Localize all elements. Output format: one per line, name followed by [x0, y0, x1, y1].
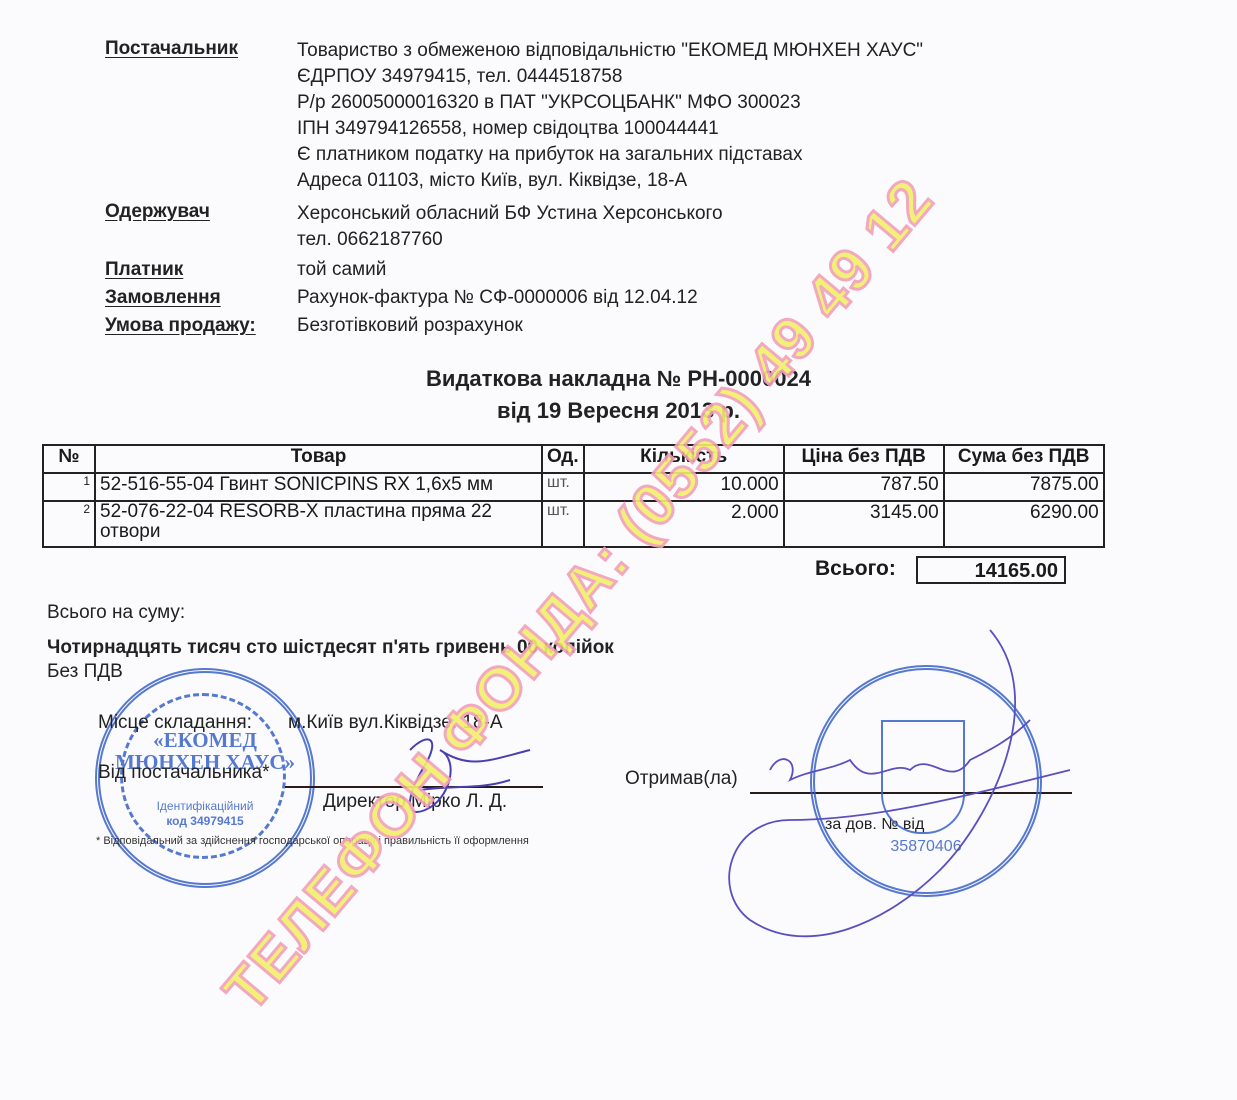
supplier-line: ІПН 349794126558, номер свідоцтва 100044…	[297, 116, 923, 142]
from-supplier-label: Від постачальника*	[98, 760, 270, 786]
sale-terms-value: Безготівковий розрахунок	[297, 313, 523, 339]
col-unit: Од.	[542, 445, 584, 473]
amount-words: Чотирнадцять тисяч сто шістдесят п'ять г…	[47, 635, 614, 661]
row-price: 787.50	[784, 473, 944, 501]
document-date: від 19 Вересня 2013 р.	[0, 398, 1237, 424]
supplier-line: Адреса 01103, місто Київ, вул. Кіквідзе,…	[297, 168, 923, 194]
row-no: 1	[43, 473, 95, 501]
row-item: 52-516-55-04 Гвинт SONICPINS RX 1,6x5 мм	[95, 473, 542, 501]
row-sum: 6290.00	[944, 501, 1104, 547]
table-row: 1 52-516-55-04 Гвинт SONICPINS RX 1,6x5 …	[43, 473, 1104, 501]
document-title: Видаткова накладна № РН-0000024	[0, 366, 1237, 392]
vat-note: Без ПДВ	[47, 659, 123, 685]
sale-terms-label: Умова продажу:	[105, 315, 256, 337]
table-row: 2 52-076-22-04 RESORB-X пластина пряма 2…	[43, 501, 1104, 547]
payer-label: Платник	[105, 259, 183, 281]
items-table: № Товар Од. Кількість Ціна без ПДВ Сума …	[42, 444, 1105, 548]
place-label: Місце складання:	[98, 710, 252, 736]
recipient-details: Херсонський обласний БФ Устина Херсонськ…	[297, 201, 723, 253]
supplier-signature-icon	[330, 690, 590, 850]
col-sum: Сума без ПДВ	[944, 445, 1104, 473]
supplier-line: Р/р 26005000016320 в ПАТ "УКРСОЦБАНК" МФ…	[297, 90, 923, 116]
col-qty: Кількість	[584, 445, 784, 473]
order-value: Рахунок-фактура № СФ-0000006 від 12.04.1…	[297, 285, 698, 311]
total-label: Всього:	[815, 557, 896, 581]
amount-label: Всього на суму:	[47, 600, 185, 626]
row-unit: шт.	[542, 473, 584, 501]
row-qty: 10.000	[584, 473, 784, 501]
recipient-line: Херсонський обласний БФ Устина Херсонськ…	[297, 201, 723, 227]
supplier-line: Є платником податку на прибуток на загал…	[297, 142, 923, 168]
row-no: 2	[43, 501, 95, 547]
row-sum: 7875.00	[944, 473, 1104, 501]
order-label: Замовлення	[105, 287, 221, 309]
row-qty: 2.000	[584, 501, 784, 547]
row-unit: шт.	[542, 501, 584, 547]
payer-value: той самий	[297, 257, 386, 283]
total-value: 14165.00	[916, 556, 1066, 584]
table-header-row: № Товар Од. Кількість Ціна без ПДВ Сума …	[43, 445, 1104, 473]
recipient-label: Одержувач	[105, 201, 210, 223]
supplier-stamp-code: код 34979415	[100, 814, 310, 828]
supplier-stamp-id-label: Ідентифікаційний	[100, 799, 310, 813]
recipient-line: тел. 0662187760	[297, 227, 723, 253]
row-item: 52-076-22-04 RESORB-X пластина пряма 22 …	[95, 501, 542, 547]
row-price: 3145.00	[784, 501, 944, 547]
supplier-line: ЄДРПОУ 34979415, тел. 0444518758	[297, 64, 923, 90]
supplier-details: Товариство з обмеженою відповідальністю …	[297, 38, 923, 194]
supplier-line: Товариство з обмеженою відповідальністю …	[297, 38, 923, 64]
recipient-signature-icon	[690, 620, 1090, 980]
supplier-label: Постачальник	[105, 38, 238, 60]
col-item: Товар	[95, 445, 542, 473]
col-no: №	[43, 445, 95, 473]
col-price: Ціна без ПДВ	[784, 445, 944, 473]
